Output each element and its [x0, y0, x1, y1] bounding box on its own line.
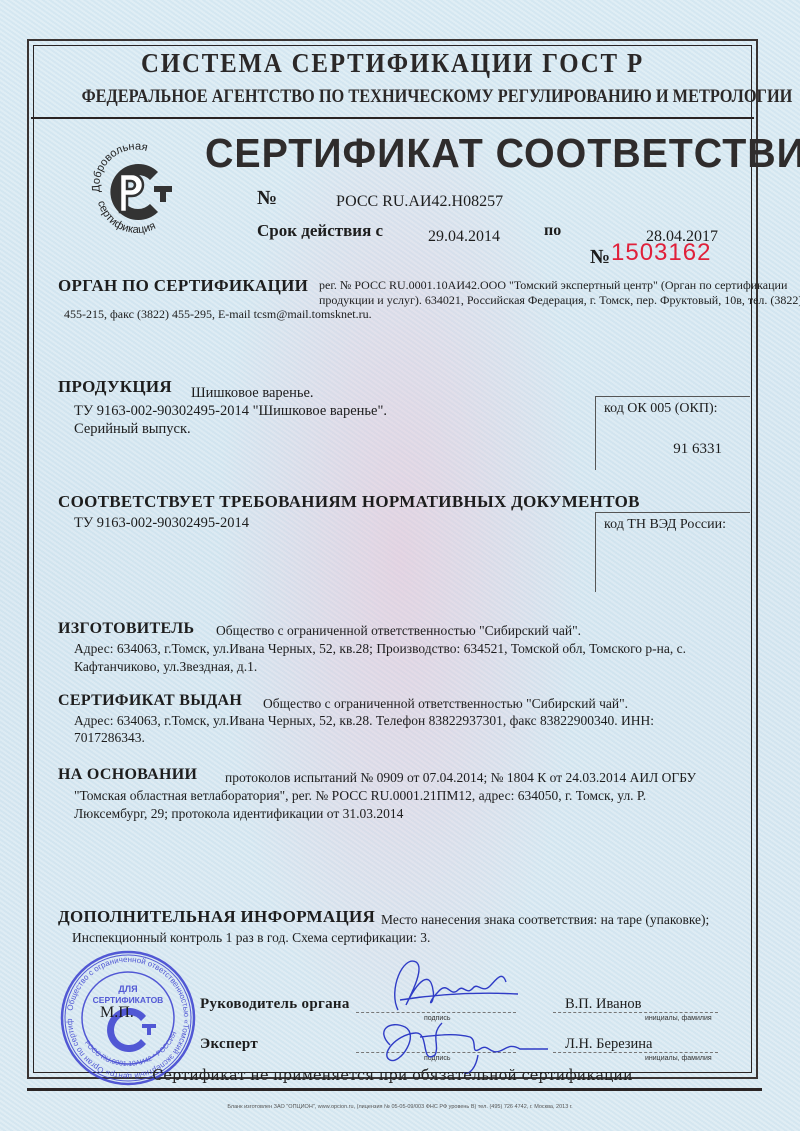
product-spec: ТУ 9163-002-90302495-2014 "Шишковое варе…: [74, 403, 387, 420]
validity-label: Срок действия с: [257, 221, 383, 241]
basis-line-2: "Томская областная ветлаборатория", рег.…: [74, 788, 646, 804]
header-divider: [31, 117, 754, 119]
voluntary-certification-note: Сертификат не применяется при обязательн…: [31, 1068, 754, 1084]
expert-name-line: [553, 1052, 718, 1053]
seal-placement-label: М.П.: [100, 1004, 134, 1022]
rst-logo-icon: Добровольная сертификация: [86, 140, 186, 240]
certification-body-line-1: рег. № РОСС RU.0001.10АИ42.ООО "Томский …: [319, 278, 787, 293]
document-title: СЕРТИФИКАТ СООТВЕТСТВИЯ: [205, 130, 800, 177]
expert-name-caption: инициалы, фамилия: [645, 1055, 712, 1062]
tnved-code-box: код ТН ВЭД России:: [595, 512, 750, 592]
manufacturer-address-cont: Кафтанчиково, ул.Звездная, д.1.: [74, 659, 257, 675]
head-signature-icon: [378, 950, 528, 1020]
blank-serial-number: 1503162: [611, 239, 711, 267]
product-heading: ПРОДУКЦИЯ: [58, 377, 172, 397]
additional-info-heading: ДОПОЛНИТЕЛЬНАЯ ИНФОРМАЦИЯ: [58, 907, 375, 927]
head-name-caption: инициалы, фамилия: [645, 1015, 712, 1022]
issued-to-address: Адрес: 634063, г.Томск, ул.Ивана Черных,…: [74, 713, 654, 729]
certification-body-line-2: продукции и услуг). 634021, Российская Ф…: [319, 293, 800, 308]
certification-body-heading: ОРГАН ПО СЕРТИФИКАЦИИ: [58, 276, 308, 296]
okp-code-box: код ОК 005 (ОКП): 91 6331: [595, 396, 750, 470]
footer-divider: [27, 1088, 762, 1091]
issued-to-name: Общество с ограниченной ответственностью…: [263, 696, 628, 712]
valid-from-date: 29.04.2014: [428, 228, 500, 246]
compliance-document: ТУ 9163-002-90302495-2014: [74, 515, 249, 532]
head-of-body-name: В.П. Иванов: [565, 996, 641, 1013]
issued-to-inn: 7017286343.: [74, 730, 145, 746]
basis-heading: НА ОСНОВАНИИ: [58, 766, 197, 784]
printer-imprint: Бланк изготовлен ЗАО "ОПЦИОН", www.opcio…: [0, 1104, 800, 1110]
manufacturer-name: Общество с ограниченной ответственностью…: [216, 623, 581, 639]
manufacturer-address: Адрес: 634063, г.Томск, ул.Ивана Черных,…: [74, 641, 686, 657]
head-of-body-label: Руководитель органа: [200, 996, 350, 1013]
valid-to-label: по: [544, 222, 561, 240]
okp-code-label: код ОК 005 (ОКП):: [604, 401, 718, 417]
seal-center-text-1: ДЛЯ: [118, 984, 137, 994]
product-release-type: Серийный выпуск.: [74, 421, 191, 438]
blank-number-sign: №: [590, 246, 610, 269]
issued-to-heading: СЕРТИФИКАТ ВЫДАН: [58, 692, 242, 710]
additional-info-line-1: Место нанесения знака соответствия: на т…: [381, 912, 709, 928]
certificate-number: РОСС RU.АИ42.Н08257: [336, 193, 503, 211]
system-title: СИСТЕМА СЕРТИФИКАЦИИ ГОСТ Р: [60, 48, 725, 79]
basis-line-3: Люксембург, 29; протокола идентификации …: [74, 806, 403, 822]
okp-code-value: 91 6331: [673, 441, 722, 458]
tnved-code-label: код ТН ВЭД России:: [604, 517, 726, 533]
agency-title: ФЕДЕРАЛЬНОЕ АГЕНТСТВО ПО ТЕХНИЧЕСКОМУ РЕ…: [82, 86, 704, 108]
expert-name: Л.Н. Березина: [565, 1036, 653, 1053]
certification-body-line-3: 455-215, факс (3822) 455-295, E-mail tcs…: [64, 307, 372, 322]
basis-line-1: протоколов испытаний № 0909 от 07.04.201…: [225, 770, 696, 786]
expert-label: Эксперт: [200, 1036, 258, 1053]
product-name: Шишковое варенье.: [191, 385, 314, 402]
manufacturer-heading: ИЗГОТОВИТЕЛЬ: [58, 620, 194, 638]
additional-info-line-2: Инспекционный контроль 1 раз в год. Схем…: [72, 930, 430, 946]
number-sign: №: [257, 187, 277, 210]
compliance-heading: СООТВЕТСТВУЕТ ТРЕБОВАНИЯМ НОРМАТИВНЫХ ДО…: [58, 492, 640, 512]
head-name-line: [553, 1012, 718, 1013]
